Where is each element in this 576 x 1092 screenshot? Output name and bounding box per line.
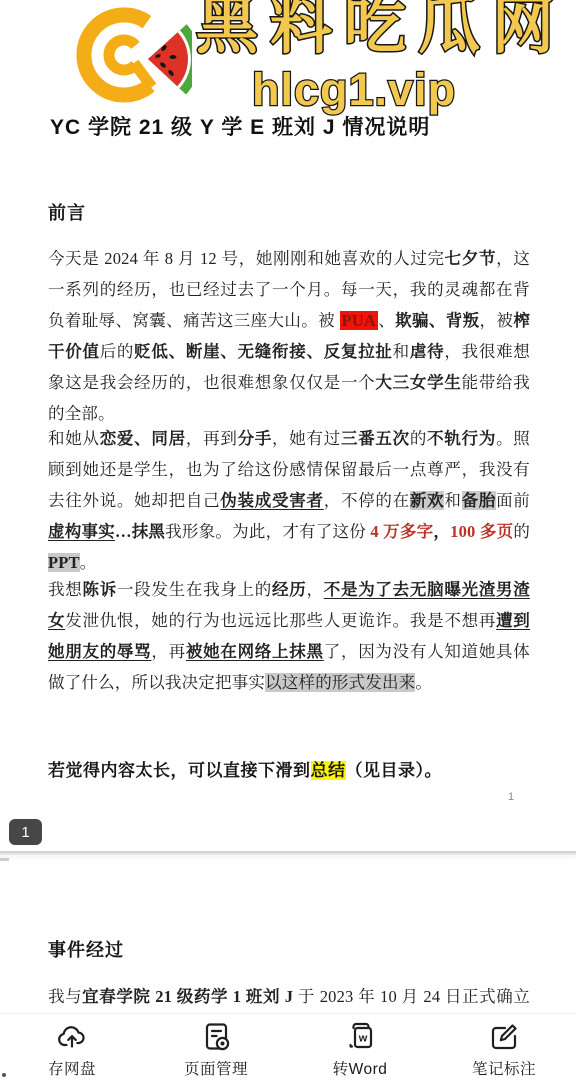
text-run: 的 [410,429,427,448]
text-run: 虚构事实 [48,522,115,541]
paragraph-1: 今天是 2024 年 8 月 12 号，她刚刚和她喜欢的人过完七夕节，这一系列的… [48,243,530,429]
text-run: 后的 [100,342,134,361]
text-run: 陈诉 [82,580,116,599]
text-run: PPT [48,553,80,572]
page-separator-dash [0,858,9,861]
paragraph-2: 和她从恋爱、同居，再到分手，她有过三番五次的不轨行为。照顾到她还是学生，也为了给… [48,423,530,578]
text-run: 大三女学生 [375,373,461,392]
document-title: YC 学院 21 级 Y 学 E 班刘 J 情况说明 [50,111,430,141]
document-viewer-screen: 黑料吃瓜网 hlcg1.vip YC 学院 21 级 Y 学 E 班刘 J 情况… [0,0,576,1092]
text-run: （见目录）。 [346,761,443,780]
text-run: 4 万多字 [370,522,433,541]
text-run: 100 多页 [450,522,513,541]
convert-to-word-button[interactable]: w 转Word [288,1014,432,1079]
toolbar-item-label: 存网盘 [48,1057,96,1079]
page-indicator-badge: 1 [9,819,42,845]
page-manage-icon [199,1020,233,1054]
text-run: 以这样的形式发出来 [265,673,415,692]
note-line: 若觉得内容太长，可以直接下滑到总结（见目录）。 [48,756,530,781]
text-run: 。 [415,673,432,692]
cloud-upload-icon [55,1020,89,1054]
toolbar-item-label: 笔记标注 [472,1057,536,1079]
scan-artifact-dot [2,1073,6,1077]
text-run: ， [433,522,450,541]
svg-text:w: w [358,1033,368,1045]
text-run: ，再 [151,642,185,661]
text-run: 的 [513,522,530,541]
text-run: ，被 [480,311,514,330]
save-to-cloud-button[interactable]: 存网盘 [0,1014,144,1079]
note-annotate-icon [487,1020,521,1054]
text-run: ， [307,580,324,599]
text-run: 我形象。为此，才有了这份 [165,522,370,541]
text-run: 和 [393,342,410,361]
bottom-toolbar: 存网盘 页面管理 w 转Word [0,1013,576,1092]
text-run: 被她在网络上抹黑 [186,642,324,661]
section-heading-events: 事件经过 [48,936,124,962]
text-run: … [115,522,132,541]
toolbar-item-label: 转Word [333,1057,388,1079]
text-run: 、 [378,311,395,330]
document-page-number: 1 [508,791,514,803]
text-run: 总结 [311,761,346,780]
site-url: hlcg1.vip [252,64,456,116]
text-run: 若觉得内容太长，可以直接下滑到 [48,761,311,780]
text-run: 宜春学院 21 级药学 1 班刘 J [82,987,298,1006]
text-run: 不轨行为 [427,429,496,448]
word-convert-icon: w [343,1020,377,1054]
text-run: 欺骗、背叛 [395,311,479,330]
watermelon-c-logo-icon [76,5,192,105]
text-run: 和她从 [48,429,100,448]
site-name: 黑料吃瓜网 [196,0,566,62]
text-run: 。 [80,553,97,572]
text-run: 虐待 [410,342,444,361]
text-run: 备胎 [462,491,496,510]
text-run: 我与 [48,987,82,1006]
text-run: 今天是 2024 年 8 月 12 号，她刚刚和她喜欢的人过完 [48,249,445,268]
text-run: 和 [444,491,461,510]
text-run: ，不停的在 [324,491,410,510]
text-run: 三番五次 [341,429,410,448]
text-run: 贬低、断崖、无缝衔接、反复拉扯 [134,342,393,361]
text-run: 一段发生在我身上的 [117,580,272,599]
text-run: 分手 [238,429,272,448]
text-run: 面前 [496,491,530,510]
text-run: 恋爱、同居 [100,429,186,448]
toolbar-item-label: 页面管理 [184,1057,248,1079]
text-run: ，她有过 [272,429,341,448]
section-heading-foreword: 前言 [48,199,86,225]
page-manage-button[interactable]: 页面管理 [144,1014,288,1079]
text-run: 我想 [48,580,82,599]
text-run: 抹黑 [132,522,166,541]
page-separator [0,851,576,855]
text-run: 发泄仇恨，她的行为也远远比那些人更诡诈。我是不想再 [65,611,496,630]
text-run: 伪装成受害者 [220,491,323,510]
text-run: 经历 [272,580,306,599]
text-run: PUA [340,311,379,330]
paragraph-3: 我想陈诉一段发生在我身上的经历，不是为了去无脑曝光渣男渣女发泄仇恨，她的行为也远… [48,574,530,698]
text-run: ，再到 [186,429,238,448]
note-annotate-button[interactable]: 笔记标注 [432,1014,576,1079]
text-run: 新欢 [410,491,444,510]
text-run: 七夕节 [445,249,496,268]
